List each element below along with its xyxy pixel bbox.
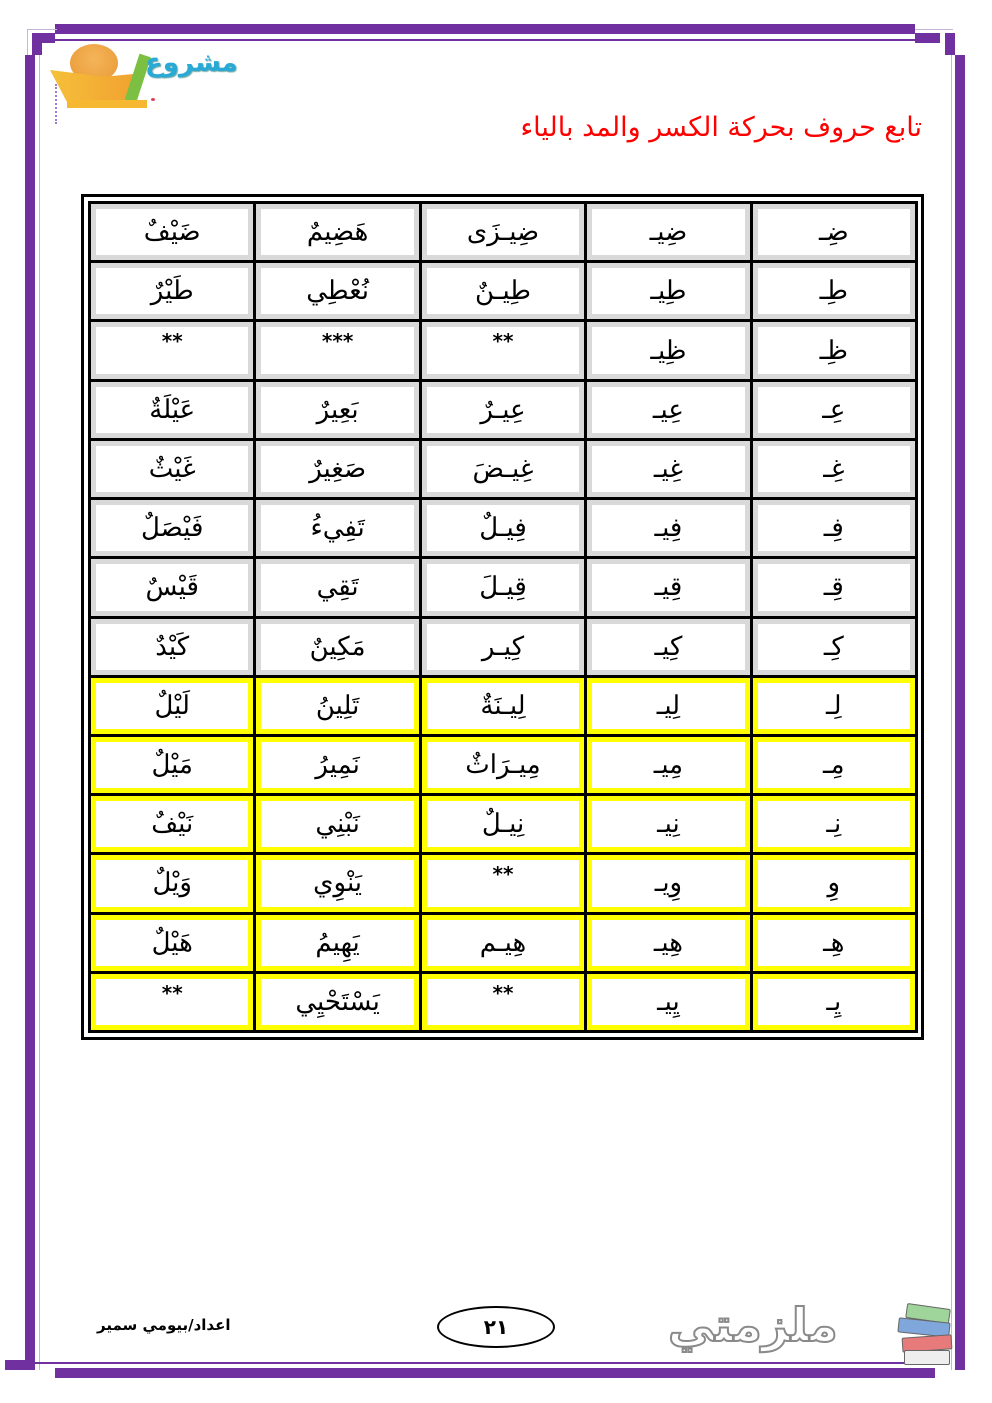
- cell-text: ضِـ: [819, 219, 849, 245]
- cell-text: غِـ: [823, 456, 844, 482]
- page-number: ٢١: [484, 1315, 508, 1339]
- table-cell: هِيـم: [422, 915, 584, 971]
- cell-text: هِيـ: [654, 930, 683, 956]
- table-cell: نَيْفٌ: [91, 796, 253, 852]
- cell-text: كِيـر: [482, 634, 524, 660]
- table-cell: فَيْصَلٌ: [91, 500, 253, 556]
- cell-text: قِيـ: [654, 574, 682, 600]
- table-cell: كِيـ: [587, 619, 749, 675]
- cell-text: نِيـ: [657, 811, 680, 837]
- table-cell: غِـ: [753, 441, 915, 497]
- cell-text: عِيـ: [653, 397, 684, 423]
- table-cell: عَيْلَةٌ: [91, 382, 253, 438]
- cell-text: يِيـ: [657, 989, 680, 1015]
- table-cell: هَيْلٌ: [91, 915, 253, 971]
- cell-text: هَيْلٌ: [152, 930, 193, 956]
- table-cell: طِيـ: [587, 263, 749, 319]
- cell-text: يِـ: [826, 989, 841, 1015]
- table-cell: مَكِينٌ: [256, 619, 418, 675]
- cell-text: ضِيـ: [650, 219, 688, 245]
- table-cell: **: [91, 974, 253, 1030]
- table-cell: قِيـ: [587, 559, 749, 615]
- table-cell: **: [91, 322, 253, 378]
- cell-text: نَبْنِي: [315, 811, 360, 837]
- cell-text: عَيْلَةٌ: [149, 397, 195, 423]
- table-cell: ضِيـزَى: [422, 204, 584, 260]
- table-cell: وِ: [753, 855, 915, 911]
- cell-text: يَهِيمُ: [315, 930, 359, 956]
- table-cell: يَسْتَحْيِي: [256, 974, 418, 1030]
- cell-text: هِـ: [823, 930, 844, 956]
- project-logo: مشروع: [45, 40, 225, 150]
- cell-text: فَيْصَلٌ: [141, 515, 204, 541]
- table-cell: نَبْنِي: [256, 796, 418, 852]
- cell-text: نِـ: [826, 811, 841, 837]
- cell-text: مِيـرَاثٌ: [465, 752, 540, 778]
- cell-text: فِيـ: [654, 515, 682, 541]
- table-cell: بَعِيرٌ: [256, 382, 418, 438]
- cell-text: نَمِيرُ: [315, 752, 359, 778]
- table-cell: يِـ: [753, 974, 915, 1030]
- frame-corner-line: [27, 29, 57, 30]
- cell-text: نُعْطِي: [306, 278, 369, 304]
- table-cell: لِيـنَةٌ: [422, 678, 584, 734]
- cell-text: كِيـ: [654, 634, 682, 660]
- table-cell: **: [422, 855, 584, 911]
- table-cell: كِيـر: [422, 619, 584, 675]
- cell-text: ***: [322, 331, 353, 351]
- table-cell: غَيْثٌ: [91, 441, 253, 497]
- table-cell: ***: [256, 322, 418, 378]
- cell-text: عِـ: [822, 397, 845, 423]
- table-cell: طِيـنٌ: [422, 263, 584, 319]
- table-cell: فِيـلٌ: [422, 500, 584, 556]
- cell-text: عِيـرٌ: [480, 397, 525, 423]
- cell-text: وَيْلٌ: [152, 870, 191, 896]
- table-cell: فِـ: [753, 500, 915, 556]
- table-cell: نُعْطِي: [256, 263, 418, 319]
- table-cell: نِـ: [753, 796, 915, 852]
- table-cell: ضِـ: [753, 204, 915, 260]
- cell-text: نِيـلٌ: [482, 811, 524, 837]
- table-cell: كَيْدٌ: [91, 619, 253, 675]
- cell-text: **: [493, 864, 514, 884]
- page-frame-top: [55, 24, 915, 34]
- cell-text: غِيـ: [654, 456, 683, 482]
- watermark-text: ملزمتي: [668, 1298, 838, 1352]
- frame-corner: [32, 33, 42, 55]
- table-cell: لِـ: [753, 678, 915, 734]
- cell-text: طِيـ: [650, 278, 686, 304]
- table-cell: هِيـ: [587, 915, 749, 971]
- logo-dot: [151, 98, 155, 101]
- frame-corner: [945, 33, 955, 55]
- table-cell: لِيـ: [587, 678, 749, 734]
- table-cell: **: [422, 974, 584, 1030]
- cell-text: بَعِيرٌ: [317, 397, 359, 423]
- table-cell: وَيْلٌ: [91, 855, 253, 911]
- table-cell: ضِيـ: [587, 204, 749, 260]
- cell-text: قِيـلَ: [479, 574, 527, 600]
- cell-text: لِيـ: [657, 693, 680, 719]
- table-cell: قِـ: [753, 559, 915, 615]
- cell-text: ظِيـ: [650, 338, 686, 364]
- cell-text: ضِيـزَى: [467, 219, 539, 245]
- table-cell: عِـ: [753, 382, 915, 438]
- cell-text: **: [493, 983, 514, 1003]
- table-cell: مِيـ: [587, 737, 749, 793]
- table-cell: ظِيـ: [587, 322, 749, 378]
- cell-text: ظِـ: [820, 338, 848, 364]
- frame-corner: [5, 1360, 25, 1370]
- cell-text: طِـ: [820, 278, 848, 304]
- cell-text: يَسْتَحْيِي: [295, 989, 380, 1015]
- table-cell: مِـ: [753, 737, 915, 793]
- table-cell: هَضِيمٌ: [256, 204, 418, 260]
- cell-text: هِيـم: [480, 930, 526, 956]
- author-credit: اعداد/بيومي سمير: [97, 1316, 230, 1334]
- page-frame-left: [25, 55, 35, 1370]
- letters-table: ضِـضِيـضِيـزَىهَضِيمٌضَيْفٌطِـطِيـطِيـنٌ…: [88, 201, 918, 1033]
- table-cell: غِيـ: [587, 441, 749, 497]
- page-title: تابع حروف بحركة الكسر والمد بالياء: [520, 112, 922, 143]
- table-cell: ظِـ: [753, 322, 915, 378]
- cell-text: غَيْثٌ: [149, 456, 196, 482]
- table-cell: يَهِيمُ: [256, 915, 418, 971]
- table-cell: مَيْلٌ: [91, 737, 253, 793]
- cell-text: نَيْفٌ: [151, 811, 193, 837]
- page-number-badge: ٢١: [437, 1306, 555, 1348]
- cell-text: قَيْسٌ: [146, 574, 199, 600]
- table-cell: مِيـرَاثٌ: [422, 737, 584, 793]
- table-cell: قَيْسٌ: [91, 559, 253, 615]
- table-cell: هِـ: [753, 915, 915, 971]
- cell-text: فِيـلٌ: [479, 515, 527, 541]
- table-cell: قِيـلَ: [422, 559, 584, 615]
- table-cell: لَيْلٌ: [91, 678, 253, 734]
- cell-text: تَفِيءُ: [310, 515, 364, 541]
- page-frame-left-line: [39, 55, 40, 1370]
- book-icon: [904, 1350, 950, 1365]
- cell-text: فِـ: [824, 515, 844, 541]
- table-cell: يَنْوِي: [256, 855, 418, 911]
- table-cell: عِيـرٌ: [422, 382, 584, 438]
- frame-corner: [915, 33, 940, 43]
- table-cell: يِيـ: [587, 974, 749, 1030]
- cell-text: كِـ: [824, 634, 844, 660]
- cell-text: ضَيْفٌ: [144, 219, 201, 245]
- cell-text: **: [162, 983, 183, 1003]
- table-cell: تَلِينُ: [256, 678, 418, 734]
- cell-text: **: [162, 331, 183, 351]
- table-cell: عِيـ: [587, 382, 749, 438]
- table-cell: كِـ: [753, 619, 915, 675]
- cell-text: مَيْلٌ: [151, 752, 192, 778]
- frame-corner-line: [27, 29, 28, 55]
- table-cell: طِـ: [753, 263, 915, 319]
- table-cell: **: [422, 322, 584, 378]
- cell-text: وِ: [828, 870, 841, 896]
- table-cell: غِيـضَ: [422, 441, 584, 497]
- table-cell: نِيـ: [587, 796, 749, 852]
- logo-mask: [65, 108, 205, 150]
- table-cell: فِيـ: [587, 500, 749, 556]
- cell-text: لَيْلٌ: [154, 693, 189, 719]
- table-cell: صَغِيرٌ: [256, 441, 418, 497]
- cell-text: صَغِيرٌ: [309, 456, 366, 482]
- cell-text: مِيـ: [654, 752, 683, 778]
- cell-text: لِـ: [826, 693, 842, 719]
- cell-text: مَكِينٌ: [310, 634, 366, 660]
- cell-text: **: [493, 331, 514, 351]
- table-cell: ضَيْفٌ: [91, 204, 253, 260]
- cell-text: يَنْوِي: [313, 870, 362, 896]
- cell-text: طَيْرٌ: [151, 278, 194, 304]
- cell-text: وِيـ: [655, 870, 682, 896]
- cell-text: مِـ: [823, 752, 845, 778]
- table-cell: تَقِي: [256, 559, 418, 615]
- table-cell: تَفِيءُ: [256, 500, 418, 556]
- table-cell: نَمِيرُ: [256, 737, 418, 793]
- table-cell: وِيـ: [587, 855, 749, 911]
- page-frame-right-line: [951, 35, 952, 1370]
- cell-text: هَضِيمٌ: [307, 219, 368, 245]
- table-cell: نِيـلٌ: [422, 796, 584, 852]
- cell-text: لِيـنَةٌ: [480, 693, 525, 719]
- cell-text: تَلِينُ: [316, 693, 359, 719]
- books-stack-icon: [898, 1306, 958, 1366]
- cell-text: كَيْدٌ: [155, 634, 189, 660]
- logo-text: مشروع: [145, 48, 238, 78]
- page-frame-right: [955, 55, 965, 1370]
- table-cell: طَيْرٌ: [91, 263, 253, 319]
- frame-corner-line: [915, 29, 953, 30]
- cell-text: طِيـنٌ: [475, 278, 531, 304]
- watermark: ملزمتي: [668, 1296, 948, 1376]
- cell-text: تَقِي: [317, 574, 359, 600]
- cell-text: غِيـضَ: [473, 456, 534, 482]
- cell-text: قِـ: [824, 574, 844, 600]
